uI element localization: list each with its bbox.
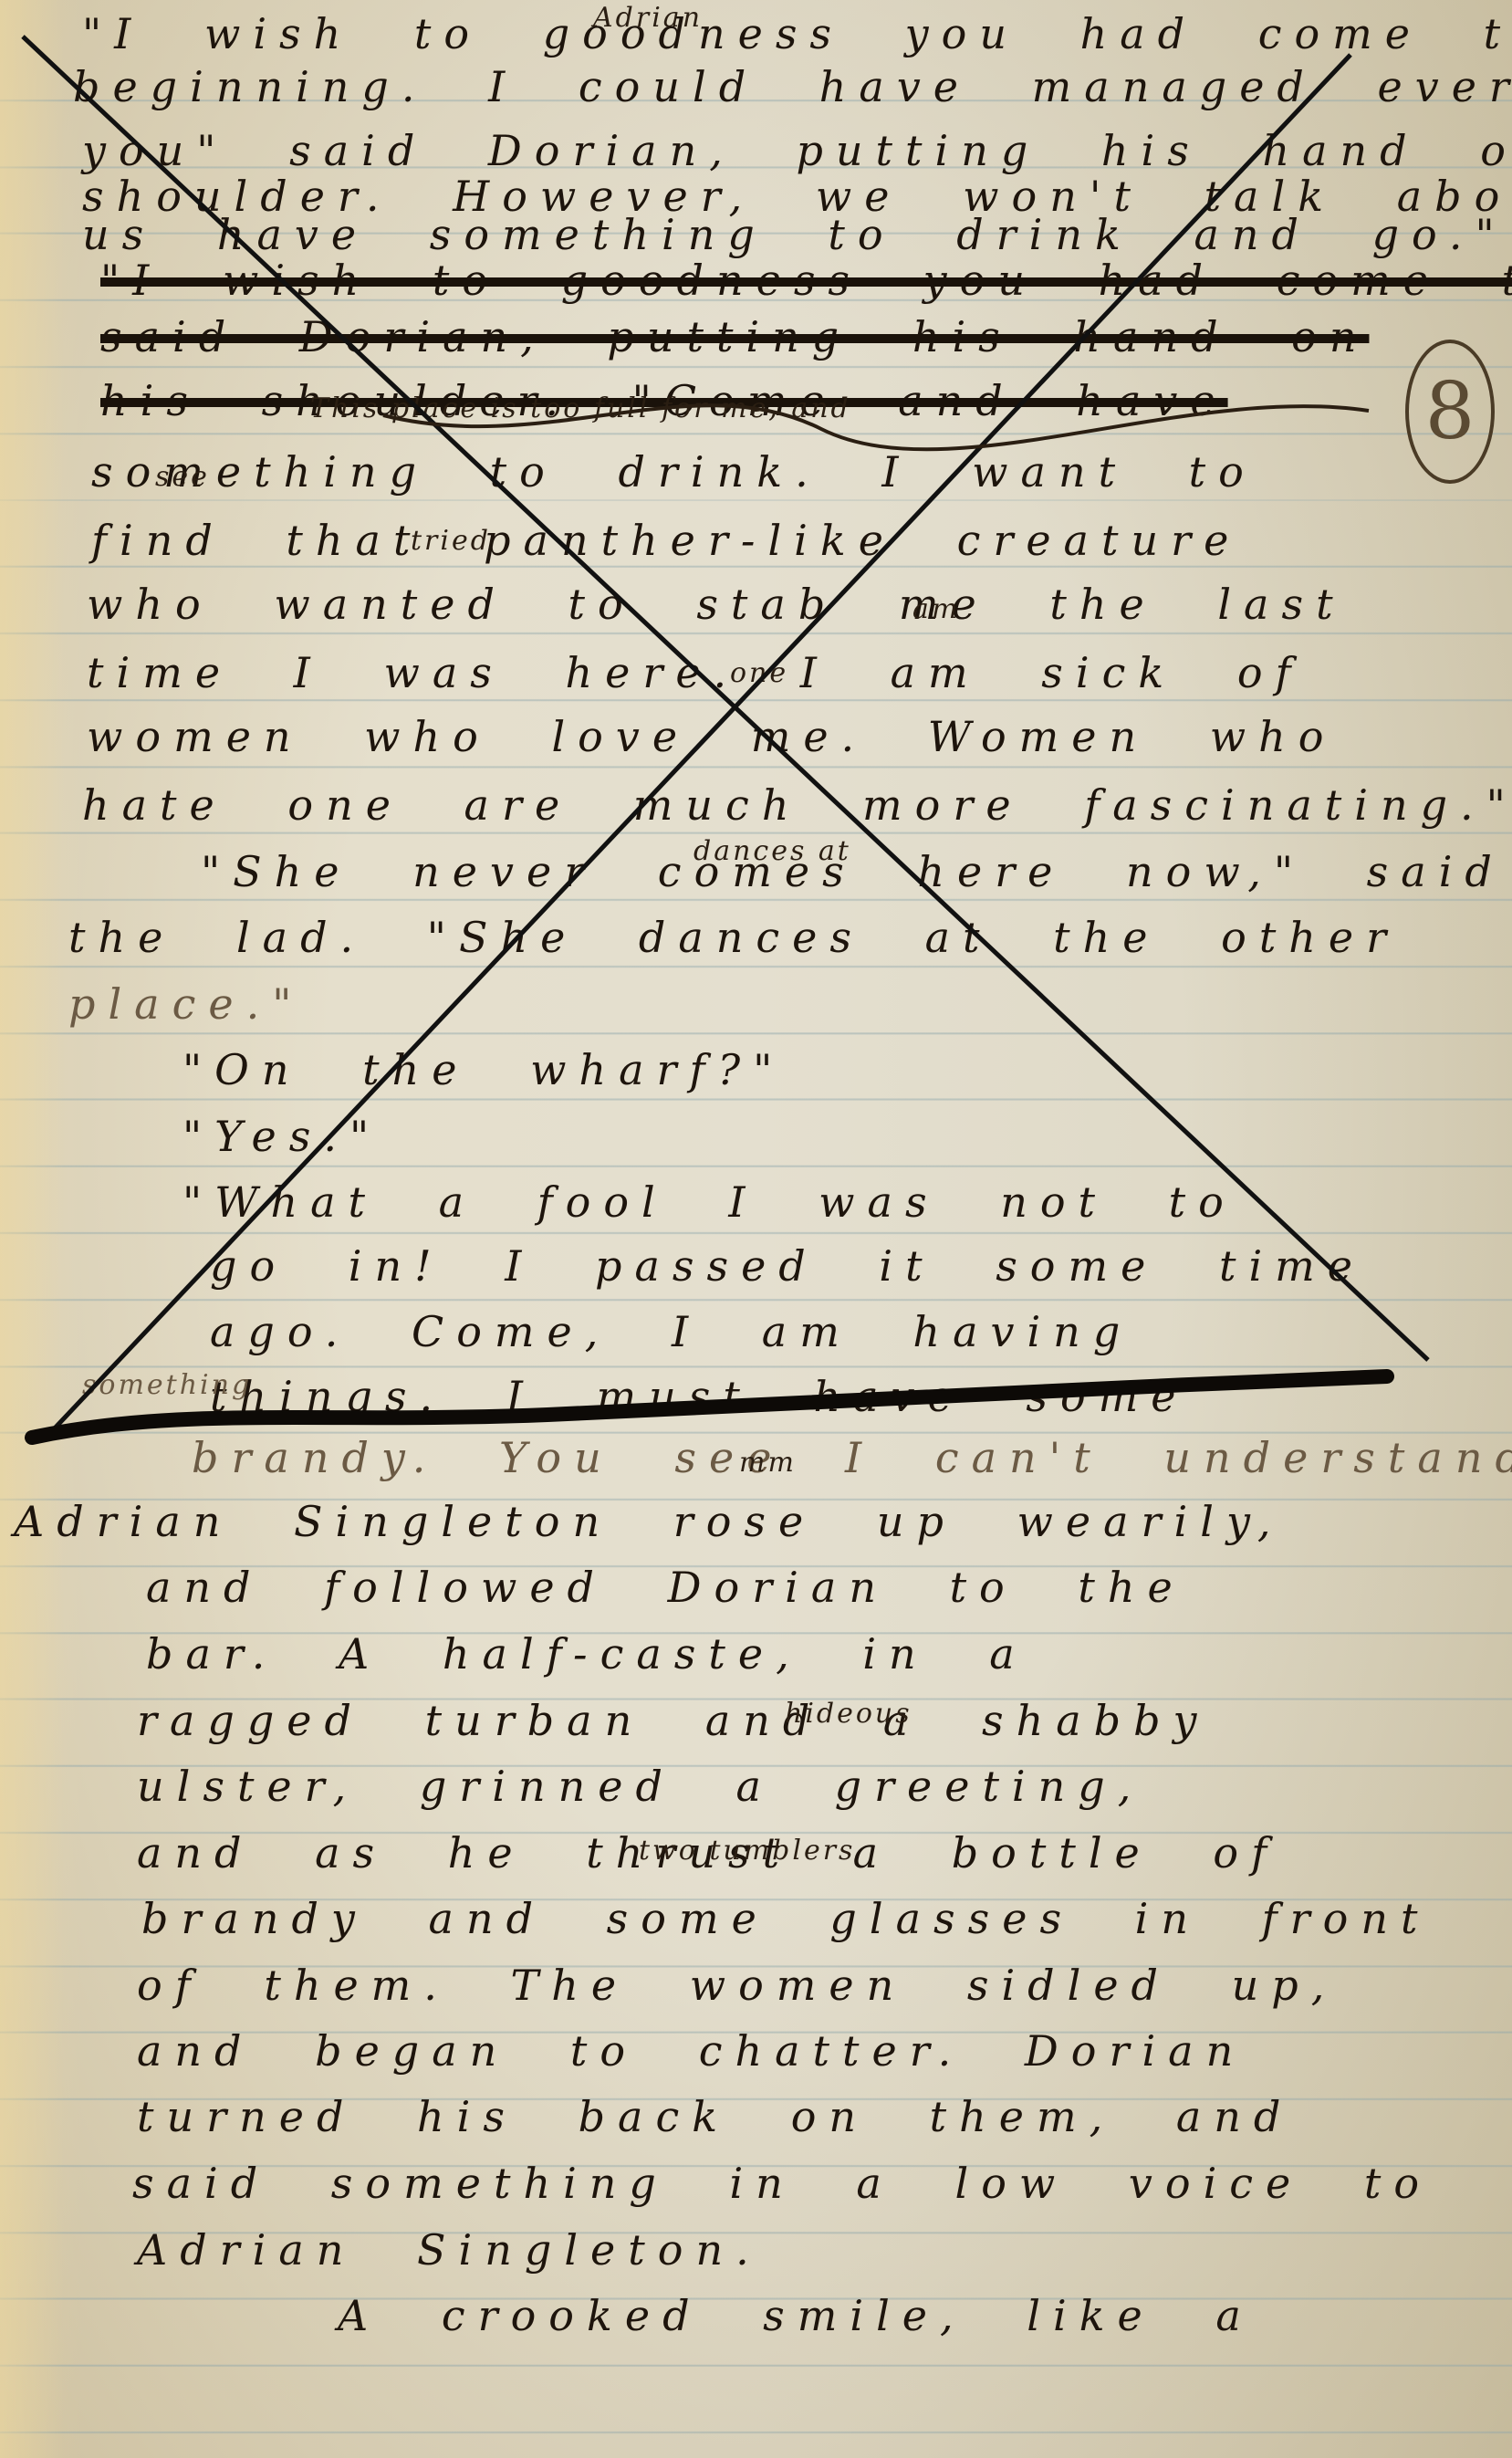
cancellation-x-strokes [0, 0, 1512, 2458]
manuscript-page: "I wish to goodness you had come to me a… [0, 0, 1512, 2458]
